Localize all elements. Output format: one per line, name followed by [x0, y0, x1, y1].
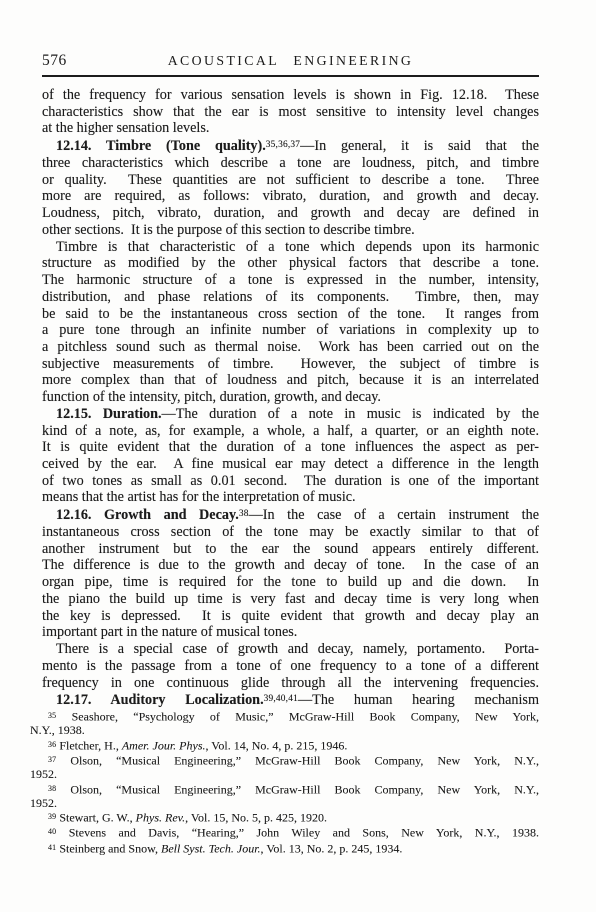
footnotes: 35 Seashore, “Psychology of Music,” McGr…: [30, 709, 539, 856]
text-run: Olson, “Musical Engineering,” McGraw-Hil…: [56, 782, 539, 796]
body-line: The harmonic structure of a tone is expr…: [42, 272, 539, 289]
text-run: , Vol. 14, No. 4, p. 215, 1946.: [205, 738, 347, 752]
text-run: Loudness, pitch, vibrato, duration, and …: [42, 205, 539, 221]
text-run: —In general, it is said that the: [300, 138, 539, 154]
book-page: 576 ACOUSTICAL ENGINEERING of the freque…: [0, 0, 596, 912]
text-run: frequency in one continuous glide throug…: [42, 675, 539, 691]
body-line: subjective measurements of timbre. Howev…: [42, 356, 539, 373]
body-line: 12.17. Auditory Localization.39,40,41—Th…: [42, 691, 539, 709]
body-line: a pitchless sound such as thermal noise.…: [42, 339, 539, 356]
footnote-line: 36 Fletcher, H., Amer. Jour. Phys., Vol.…: [30, 738, 539, 753]
text-run: 1952.: [30, 796, 57, 810]
text-run: N.Y., 1938.: [30, 723, 85, 737]
text-run: subjective measurements of timbre. Howev…: [42, 356, 539, 372]
footnote-line: 37 Olson, “Musical Engineering,” McGraw-…: [30, 753, 539, 768]
text-run: There is a special case of growth and de…: [56, 641, 539, 657]
text-run: Olson, “Musical Engineering,” McGraw-Hil…: [56, 754, 539, 768]
superscript-ref: 38: [239, 509, 249, 519]
text-run: a pure tone through an infinite number o…: [42, 322, 539, 338]
text-run: —The duration of a note in music is indi…: [162, 406, 539, 422]
text-run: mento is the passage from a tone of one …: [42, 658, 539, 674]
body-line: other sections. It is the purpose of thi…: [42, 222, 539, 239]
text-run: Steinberg and Snow,: [56, 841, 161, 855]
body-line: 12.14. Timbre (Tone quality).35,36,37—In…: [42, 137, 539, 155]
footnote-line: 35 Seashore, “Psychology of Music,” McGr…: [30, 709, 539, 724]
body-line: 12.16. Growth and Decay.38—In the case o…: [42, 506, 539, 524]
footnote-line: 39 Stewart, G. W., Phys. Rev., Vol. 15, …: [30, 810, 539, 825]
footnote-line: N.Y., 1938.: [30, 724, 539, 738]
footnote-line: 1952.: [30, 768, 539, 782]
section-heading: 12.16. Growth and Decay.: [56, 507, 239, 523]
body-line: There is a special case of growth and de…: [42, 641, 539, 658]
body-line: more are required, as follows: vibrato, …: [42, 188, 539, 205]
text-run: —In the case of a certain instrument the: [249, 507, 539, 523]
page-number: 576: [42, 52, 67, 70]
footnote-line: 41 Steinberg and Snow, Bell Syst. Tech. …: [30, 841, 539, 856]
text-run: of the frequency for various sensation l…: [42, 87, 539, 103]
section-heading: 12.17. Auditory Localization.: [56, 692, 264, 708]
body-line: Loudness, pitch, vibrato, duration, and …: [42, 205, 539, 222]
text-run: the key is depressed. It is quite eviden…: [42, 608, 539, 624]
running-title: ACOUSTICAL ENGINEERING: [42, 52, 539, 69]
text-run: organ pipe, time is required for the ton…: [42, 574, 539, 590]
body-line: ceived by the ear. A fine musical ear ma…: [42, 456, 539, 473]
text-run: other sections. It is the purpose of thi…: [42, 222, 415, 238]
body-line: means that the artist has for the interp…: [42, 489, 539, 506]
journal-title: Bell Syst. Tech. Jour.: [161, 841, 261, 855]
section-heading: 12.15. Duration.: [56, 406, 162, 422]
text-run: a pitchless sound such as thermal noise.…: [42, 339, 539, 355]
body-line: The difference is due to the growth and …: [42, 557, 539, 574]
body-line: function of the intensity, pitch, durati…: [42, 389, 539, 406]
journal-title: Phys. Rev.: [136, 811, 185, 825]
text-run: means that the artist has for the interp…: [42, 489, 356, 505]
text-run: three characteristics which describe a t…: [42, 155, 539, 171]
text-run: instantaneous cross section of the tone …: [42, 524, 539, 540]
text-run: Timbre is that characteristic of a tone …: [56, 239, 539, 255]
text-run: be said to be the instantaneous cross se…: [42, 306, 539, 322]
text-run: the piano the build up time is very fast…: [42, 591, 539, 607]
body-line: structure as modified by the other physi…: [42, 255, 539, 272]
body-line: the piano the build up time is very fast…: [42, 591, 539, 608]
text-run: function of the intensity, pitch, durati…: [42, 389, 381, 405]
text-run: another instrument but to the ear the so…: [42, 541, 539, 557]
section-heading: 12.14. Timbre (Tone quality).: [56, 138, 266, 154]
body-line: or quality. These quantities are not suf…: [42, 172, 539, 189]
text-run: of two tones as small as 0.01 second. Th…: [42, 473, 539, 489]
text-run: at the higher sensation levels.: [42, 120, 209, 136]
text-run: Stewart, G. W.,: [56, 811, 135, 825]
text-run: The harmonic structure of a tone is expr…: [42, 272, 539, 288]
text-run: important part in the nature of musical …: [42, 624, 297, 640]
body-line: a pure tone through an infinite number o…: [42, 322, 539, 339]
text-run: kind of a note, as, for example, a whole…: [42, 423, 539, 439]
body-line: of two tones as small as 0.01 second. Th…: [42, 473, 539, 490]
footnote-line: 1952.: [30, 797, 539, 811]
footnote-line: 40 Stevens and Davis, “Hearing,” John Wi…: [30, 825, 539, 840]
text-run: —The human hearing mechanism: [298, 692, 539, 708]
footnote-line: 38 Olson, “Musical Engineering,” McGraw-…: [30, 782, 539, 797]
superscript-ref: 39,40,41: [264, 694, 298, 704]
text-run: distribution, and phase relations of its…: [42, 289, 539, 305]
text-run: structure as modified by the other physi…: [42, 255, 539, 271]
text-run: more complex than that of loudness and p…: [42, 372, 539, 388]
body-line: another instrument but to the ear the so…: [42, 541, 539, 558]
body-line: instantaneous cross section of the tone …: [42, 524, 539, 541]
body-line: 12.15. Duration.—The duration of a note …: [42, 406, 539, 423]
body-line: the key is depressed. It is quite eviden…: [42, 608, 539, 625]
text-run: Stevens and Davis, “Hearing,” John Wiley…: [56, 826, 539, 840]
text-run: Fletcher, H.,: [56, 738, 122, 752]
text-run: 1952.: [30, 767, 57, 781]
body-text: of the frequency for various sensation l…: [42, 87, 539, 709]
header-rule: [42, 75, 539, 77]
body-line: of the frequency for various sensation l…: [42, 87, 539, 104]
body-line: kind of a note, as, for example, a whole…: [42, 423, 539, 440]
body-line: organ pipe, time is required for the ton…: [42, 574, 539, 591]
body-line: more complex than that of loudness and p…: [42, 372, 539, 389]
text-run: Seashore, “Psychology of Music,” McGraw-…: [56, 710, 539, 724]
page-header: 576 ACOUSTICAL ENGINEERING: [42, 52, 539, 72]
text-run: The difference is due to the growth and …: [42, 557, 539, 573]
body-line: distribution, and phase relations of its…: [42, 289, 539, 306]
body-line: Timbre is that characteristic of a tone …: [42, 239, 539, 256]
body-line: three characteristics which describe a t…: [42, 155, 539, 172]
journal-title: Amer. Jour. Phys.: [122, 738, 206, 752]
text-run: It is quite evident that the duration of…: [42, 439, 539, 455]
text-run: characteristics show that the ear is mos…: [42, 104, 539, 120]
text-run: or quality. These quantities are not suf…: [42, 172, 539, 188]
text-run: more are required, as follows: vibrato, …: [42, 188, 539, 204]
body-line: be said to be the instantaneous cross se…: [42, 306, 539, 323]
body-line: at the higher sensation levels.: [42, 120, 539, 137]
body-line: mento is the passage from a tone of one …: [42, 658, 539, 675]
text-run: , Vol. 15, No. 5, p. 425, 1920.: [185, 811, 327, 825]
superscript-ref: 35,36,37: [266, 140, 300, 150]
text-run: ceived by the ear. A fine musical ear ma…: [42, 456, 539, 472]
body-line: frequency in one continuous glide throug…: [42, 675, 539, 692]
text-run: , Vol. 13, No. 2, p. 245, 1934.: [261, 841, 403, 855]
body-line: important part in the nature of musical …: [42, 624, 539, 641]
body-line: It is quite evident that the duration of…: [42, 439, 539, 456]
body-line: characteristics show that the ear is mos…: [42, 104, 539, 121]
